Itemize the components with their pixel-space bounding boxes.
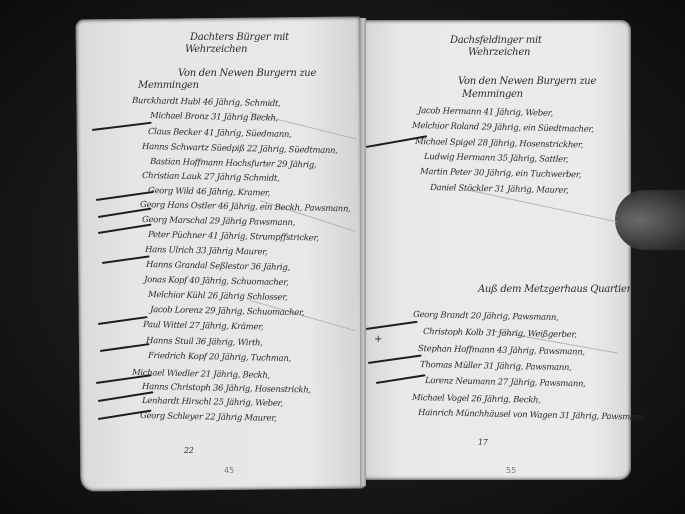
right-subheading-2: Memmingen [462,89,523,100]
left-heading-1: Dachters Bürger mit [190,32,289,43]
right-heading-2: Wehrzeichen [468,47,530,58]
left-heading-2: Wehrzeichen [185,44,247,55]
left-footer-mark: 22 [184,446,194,455]
left-subheading-1: Von den Newen Burgern zue [178,68,316,79]
right-section-heading: Auß dem Metzgerhaus Quartier [478,284,631,295]
left-page-number: 45 [224,466,234,475]
right-footer-mark: 17 [478,438,488,447]
right-page-number: 55 [506,466,516,475]
right-subheading-1: Von den Newen Burgern zue [458,76,596,87]
holding-thumb [615,190,685,250]
left-subheading-2: Memmingen [138,80,199,91]
right-heading-1: Dachsfeldinger mit [450,35,542,46]
cross-mark-icon: + [374,334,382,345]
book-gutter [360,18,366,486]
